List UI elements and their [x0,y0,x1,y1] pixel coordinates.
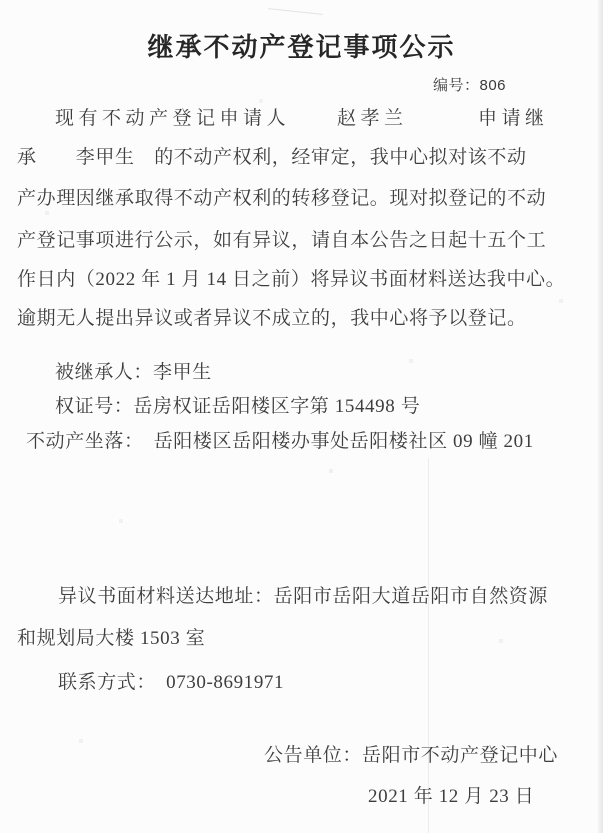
property-location-line: 不动产坐落： 岳阳楼区岳阳楼办事处岳阳楼社区 09 幢 201 [26,430,534,454]
paragraph-line-5: 作日内（2022 年 1 月 14 日之前）将异议书面材料送达我中心。 [17,268,565,292]
doc-number: 编号：806 [433,74,506,95]
objection-address-line-1: 异议书面材料送达地址：岳阳市岳阳大道岳阳市自然资源 [58,585,548,609]
objection-address-line-2: 和规划局大楼 1503 室 [17,627,205,651]
paragraph-line-2: 承 李甲生 的不动产权利，经审定，我中心拟对该不动 [17,146,527,170]
paragraph-line-1: 现有不动产登记申请人 赵孝兰 申请继 [55,107,549,131]
notice-title: 继承不动产登记事项公示 [0,27,603,64]
paragraph-line-6: 逾期无人提出异议或者异议不成立的，我中心将予以登记。 [17,307,527,331]
paragraph-line-3: 产办理因继承取得不动产权利的转移登记。现对拟登记的不动 [17,187,546,211]
scan-noise-speckles [0,0,2,2]
certificate-number-line: 权证号：岳房权证岳阳楼区字第 154498 号 [55,395,420,419]
issue-date-line: 2021 年 12 月 23 日 [368,785,534,809]
scanned-notice-document: 继承不动产登记事项公示 编号：806 现有不动产登记申请人 赵孝兰 申请继 承 … [0,0,603,833]
decedent-line: 被继承人：李甲生 [55,361,212,385]
contact-phone-line: 联系方式： 0730-8691971 [58,671,284,695]
page-edge-shadow [598,0,603,833]
issuing-unit-line: 公告单位：岳阳市不动产登记中心 [264,744,558,768]
paragraph-line-4: 产登记事项进行公示，如有异议，请自本公告之日起十五个工 [17,229,546,253]
scan-fold-line [428,458,429,833]
scan-smudge [268,8,323,15]
